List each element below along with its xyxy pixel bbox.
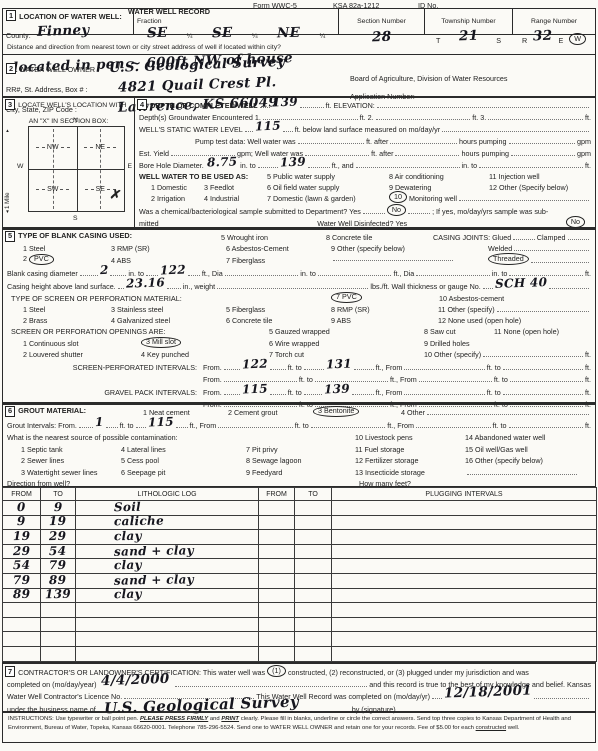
other-specify-blank bbox=[467, 473, 577, 475]
constructed-underlined: constructed bbox=[476, 725, 506, 731]
blank bbox=[356, 167, 460, 168]
log-row: 919caliche bbox=[3, 515, 597, 530]
blank bbox=[270, 368, 286, 370]
blank bbox=[432, 697, 442, 699]
gw3-label: ft. 3. bbox=[472, 113, 486, 122]
static-level-label: WELL'S STATIC WATER LEVEL bbox=[139, 125, 243, 134]
screen-option-5: 5 Fiberglass bbox=[226, 305, 331, 314]
log-row-empty bbox=[3, 646, 597, 661]
fraction-2-value: SE bbox=[212, 25, 233, 43]
from-value: 54 bbox=[13, 561, 30, 571]
blank bbox=[509, 427, 584, 428]
address-label: RR#, St. Address, Box # : bbox=[6, 85, 118, 94]
casing-option-5: 5 Wrought iron bbox=[221, 233, 326, 242]
ne-label: NE bbox=[95, 144, 105, 151]
blank bbox=[459, 200, 589, 201]
casing-option-9: 9 Other (specify below) bbox=[331, 244, 488, 253]
range-r: R bbox=[522, 36, 527, 45]
blank bbox=[488, 119, 583, 120]
record-completed-date-value: 12/18/2001 bbox=[444, 683, 533, 703]
in-to-label: in. to bbox=[240, 161, 256, 170]
in-to-label: in. to bbox=[300, 269, 316, 278]
sw-label: SW bbox=[47, 186, 58, 193]
lithologic-log-table: FROM TO LITHOLOGIC LOG FROM TO PLUGGING … bbox=[2, 487, 597, 662]
casing-joints-threaded-circled: Threaded bbox=[488, 253, 529, 265]
blank bbox=[224, 393, 240, 395]
blank bbox=[416, 427, 491, 428]
blank bbox=[136, 426, 146, 428]
instructions-text-2: clearly. Please fill in blanks, underlin… bbox=[241, 716, 571, 722]
use-option-12: 12 Other (Specify below) bbox=[489, 183, 568, 192]
ft-label: ft. bbox=[585, 161, 591, 170]
fraction-cell: Fraction SE¼ SE¼ NE¼ bbox=[134, 9, 339, 34]
use-option-2: 2 Irrigation bbox=[151, 194, 204, 203]
casing-option-7: 7 Fiberglass bbox=[226, 256, 331, 265]
quarter-glyph: ¼ bbox=[187, 33, 193, 41]
lithology-value: sand + clay bbox=[114, 575, 194, 586]
col-lithologic-log: LITHOLOGIC LOG bbox=[76, 488, 259, 501]
water-well-record-form: WATER WELL RECORD Form WWC-5 KSA 82a-121… bbox=[0, 0, 598, 751]
casing-option-3: 3 RMP (SR) bbox=[111, 244, 226, 253]
blank bbox=[298, 143, 365, 144]
contam-option-5: 5 Cess pool bbox=[121, 456, 246, 465]
blank bbox=[395, 155, 459, 156]
ft-from-label: ft., From bbox=[376, 363, 403, 372]
gauge-value: SCH 40 bbox=[495, 275, 548, 292]
mill-slot-circled: 3 Mill slot bbox=[141, 337, 181, 348]
gravel-pack-label: GRAVEL PACK INTERVALS: bbox=[7, 388, 197, 397]
use-option-4: 4 Industrial bbox=[204, 194, 267, 203]
gpm-label: gpm bbox=[577, 137, 591, 146]
blank bbox=[511, 155, 575, 156]
use-option-6: 6 Oil field water supply bbox=[267, 183, 389, 192]
sample-no-circled: No bbox=[387, 204, 406, 216]
contam-option-2: 2 Sewer lines bbox=[21, 456, 121, 465]
blank bbox=[509, 143, 576, 144]
quadrant-sw: SW bbox=[30, 170, 76, 210]
col-plugging-intervals: PLUGGING INTERVALS bbox=[332, 488, 597, 501]
screen-perforated-label: SCREEN-PERFORATED INTERVALS: bbox=[7, 363, 197, 372]
ft-from-label: ft., From bbox=[190, 421, 217, 430]
opening-option-10: 10 Other (specify) bbox=[424, 350, 481, 359]
blank bbox=[318, 275, 392, 276]
ft-to-label: ft. to bbox=[299, 375, 313, 384]
bore-depth-value: 139 bbox=[279, 155, 305, 171]
screen-option-4: 4 Galvanized steel bbox=[111, 316, 226, 325]
blank bbox=[354, 368, 374, 370]
ft-after-label: ft. after bbox=[366, 137, 388, 146]
ft-to-label: ft. to bbox=[295, 421, 309, 430]
contam-option-1: 1 Septic tank bbox=[21, 445, 121, 454]
blank bbox=[404, 394, 484, 395]
east-label: E bbox=[127, 163, 132, 170]
ft-to-label: ft. to bbox=[494, 375, 508, 384]
grout-title: GROUT MATERIAL: bbox=[18, 406, 86, 415]
ft-label: ft. bbox=[585, 113, 591, 122]
static-after-label: ft. below land surface measured on mo/da… bbox=[295, 125, 440, 134]
est-yield-label: Est. Yield bbox=[139, 149, 169, 158]
fraction-label: Fraction bbox=[137, 18, 162, 25]
screen-option-10: 10 Asbestos-cement bbox=[439, 294, 504, 303]
blank bbox=[416, 275, 490, 276]
contamination-question: What is the nearest source of possible c… bbox=[7, 433, 355, 442]
openings-title: SCREEN OR PERFORATION OPENINGS ARE: bbox=[11, 327, 269, 336]
log-row: 1929clay bbox=[3, 530, 597, 545]
screen-option-8: 8 RMP (SR) bbox=[331, 305, 438, 314]
section-well-data: 4DEPTH OF COMPLETED WELL139ft. ELEVATION… bbox=[134, 97, 596, 228]
print-underlined: PRINT bbox=[221, 716, 239, 722]
ft-from-label: ft., From bbox=[387, 421, 414, 430]
ft-label: ft. bbox=[585, 388, 591, 397]
screen-interval-to: 131 bbox=[325, 357, 351, 373]
arrow-down-icon: ▼ bbox=[5, 209, 9, 214]
log-row: 09Soil bbox=[3, 501, 597, 516]
nw-label: NW bbox=[47, 144, 59, 151]
use-option-11: 11 Injection well bbox=[489, 172, 540, 181]
instructions-text-4: well. bbox=[508, 725, 520, 731]
to-value: 19 bbox=[49, 517, 66, 527]
ft-dia-label: ft., Dia bbox=[202, 269, 223, 278]
log-row: 2954sand + clay bbox=[3, 544, 597, 559]
to-value: 9 bbox=[54, 503, 63, 513]
blank bbox=[419, 381, 492, 382]
from-label: From. bbox=[203, 375, 222, 384]
blank bbox=[427, 414, 589, 415]
blank bbox=[531, 262, 589, 263]
press-firmly-underlined: PLEASE PRESS FIRMLY bbox=[140, 716, 208, 722]
to-value: 79 bbox=[49, 561, 66, 571]
certification-text-2: constructed, (2) reconstructed, or (3) p… bbox=[288, 668, 529, 677]
owner-label: WATER WELL OWNER : bbox=[19, 65, 99, 74]
blank bbox=[408, 212, 430, 214]
contam-option-15: 15 Oil well/Gas well bbox=[465, 445, 528, 454]
section-box: NW NE SW SE ✗ bbox=[28, 126, 125, 212]
contam-option-9: 9 Feedyard bbox=[246, 468, 355, 477]
township-value: 21 bbox=[458, 28, 478, 46]
blank bbox=[175, 686, 367, 687]
section-grout: 6GROUT MATERIAL:1 Neat cement2 Cement gr… bbox=[2, 403, 596, 487]
section-casing: 5TYPE OF BLANK CASING USED:5 Wrought iro… bbox=[2, 228, 596, 403]
distance-label: Distance and direction from nearest town… bbox=[7, 44, 281, 51]
screen-option-1: 1 Steel bbox=[23, 305, 111, 314]
opening-option-9: 9 Drilled holes bbox=[424, 339, 470, 348]
grout-intervals-label: Grout Intervals: From. bbox=[7, 421, 77, 430]
gravel-interval-to: 139 bbox=[323, 382, 349, 398]
bentonite-circled: 3 Bentonite bbox=[313, 406, 359, 417]
sample-question: Was a chemical/bacteriological sample su… bbox=[139, 207, 361, 216]
south-label: S bbox=[73, 215, 78, 222]
blank bbox=[304, 393, 322, 395]
lithology-value: Soil bbox=[114, 503, 141, 513]
pump-test-label: Pump test data: Well water was bbox=[195, 137, 296, 146]
to-value: 89 bbox=[49, 576, 66, 586]
use-option-3: 3 Feedlot bbox=[204, 183, 267, 192]
blank bbox=[510, 381, 583, 382]
blank bbox=[218, 427, 293, 428]
from-value: 89 bbox=[13, 590, 30, 600]
casing-diameter-value: 2 bbox=[99, 263, 108, 278]
blank bbox=[568, 239, 589, 240]
blank bbox=[479, 167, 583, 168]
casing-joints-glued-label: CASING JOINTS: Glued bbox=[433, 233, 511, 242]
gravel-interval-from: 115 bbox=[242, 382, 268, 398]
elevation-blank bbox=[377, 107, 589, 108]
ft-to-label: ft. to bbox=[288, 363, 302, 372]
contam-option-8: 8 Sewage lagoon bbox=[246, 456, 355, 465]
section-4-badge: 4 bbox=[137, 99, 147, 110]
casing-option-1: 1 Steel bbox=[23, 244, 111, 253]
section-number-cell: Section Number 28 bbox=[339, 9, 425, 34]
township-label: Township Number bbox=[441, 18, 495, 25]
blank bbox=[513, 239, 534, 240]
contam-option-11: 11 Fuel storage bbox=[355, 445, 465, 454]
blank-casing-diameter-label: Blank casing diameter bbox=[7, 269, 78, 278]
casing-height-label: Casing height above land surface. bbox=[7, 282, 116, 291]
blank bbox=[376, 119, 471, 120]
use-option-8: 8 Air conditioning bbox=[389, 172, 489, 181]
lithology-value: caliche bbox=[114, 517, 164, 527]
contam-option-6: 6 Seepage pit bbox=[121, 468, 246, 477]
range-e: E bbox=[558, 36, 563, 45]
casing-joints-welded-label: Welded bbox=[488, 244, 512, 253]
township-cell: Township Number T21S bbox=[425, 9, 513, 34]
groundwater-label: Depth(s) Groundwater Encountered 1. bbox=[139, 113, 261, 122]
opening-option-11: 11 None (open hole) bbox=[494, 327, 559, 336]
screen-option-3: 3 Stainless steel bbox=[111, 305, 226, 314]
north-label: N bbox=[73, 117, 78, 124]
west-label: W bbox=[17, 163, 23, 170]
from-value: 29 bbox=[13, 546, 30, 556]
casing-height-value: 23.16 bbox=[125, 275, 165, 291]
blank bbox=[118, 287, 124, 289]
hours-label: hours pumping bbox=[461, 149, 509, 158]
weight-label: in., weight bbox=[183, 282, 215, 291]
to-value: 139 bbox=[45, 590, 71, 600]
blank bbox=[363, 212, 385, 214]
quarter-glyph: ¼ bbox=[252, 33, 258, 41]
use-option-5: 5 Public water supply bbox=[267, 172, 389, 181]
bore-hole-label: Bore Hole Diameter. bbox=[139, 161, 204, 170]
blank bbox=[80, 274, 98, 276]
lithology-value: clay bbox=[114, 532, 142, 542]
col-to-2: TO bbox=[295, 488, 332, 501]
col-to-1: TO bbox=[41, 488, 76, 501]
blank bbox=[308, 166, 330, 168]
log-row: 5479clay bbox=[3, 559, 597, 574]
ft-to-label: ft. to bbox=[493, 421, 507, 430]
range-w-circled: W bbox=[569, 33, 586, 45]
to-value: 54 bbox=[49, 546, 66, 556]
location-title: LOCATION OF WATER WELL: bbox=[19, 12, 122, 21]
instructions-text-3: Environment, Bureau of Water, Topeka, Ka… bbox=[8, 725, 474, 731]
screen-option-6: 6 Concrete tile bbox=[226, 316, 331, 325]
locate-title-1: LOCATE WELL'S LOCATION WITH bbox=[18, 102, 126, 110]
section-certification: 7CONTRACTOR'S OR LANDOWNER'S CERTIFICATI… bbox=[2, 662, 596, 712]
casing-option-8: 8 Concrete tile bbox=[326, 233, 433, 242]
range-cell: Range Number R32EW bbox=[513, 9, 595, 34]
screen-material-title: TYPE OF SCREEN OR PERFORATION MATERIAL: bbox=[11, 294, 331, 303]
use-option-1: 1 Domestic bbox=[151, 183, 204, 192]
casing-title: TYPE OF BLANK CASING USED: bbox=[18, 231, 132, 240]
instructions-block: INSTRUCTIONS: Use typewriter or ball poi… bbox=[2, 712, 596, 743]
casing-option-2-num: 2 bbox=[23, 254, 27, 263]
casing-joints-clamped-label: Clamped bbox=[537, 233, 566, 242]
blank bbox=[270, 393, 286, 395]
grout-to-value: 115 bbox=[147, 415, 173, 431]
section-number-value: 28 bbox=[372, 33, 392, 42]
from-value: 0 bbox=[17, 503, 26, 513]
sample-question-2: ; If yes, mo/day/yrs sample was sub- bbox=[432, 207, 548, 216]
log-row-empty bbox=[3, 632, 597, 647]
blank bbox=[304, 368, 324, 370]
disinfected-no-circled: No bbox=[566, 216, 585, 228]
se-label: SE bbox=[96, 186, 105, 193]
contam-option-14: 14 Abandoned water well bbox=[465, 433, 545, 442]
blank bbox=[167, 287, 181, 289]
blank bbox=[442, 131, 589, 132]
contam-option-13: 13 Insecticide storage bbox=[355, 468, 465, 477]
blank bbox=[549, 287, 589, 289]
quadrant-ne: NE bbox=[77, 128, 123, 168]
depth-value: 139 bbox=[271, 95, 297, 111]
depth-label: DEPTH OF COMPLETED WELL bbox=[150, 101, 257, 110]
blank bbox=[404, 369, 484, 370]
blank bbox=[514, 250, 589, 251]
from-label: From. bbox=[203, 388, 222, 397]
ft-label: ft. bbox=[585, 375, 591, 384]
col-from-2: FROM bbox=[259, 488, 295, 501]
blank bbox=[106, 426, 118, 428]
contam-option-12: 12 Fertilizer storage bbox=[355, 456, 465, 465]
ft-after-label: ft. after bbox=[371, 149, 393, 158]
blank bbox=[224, 368, 240, 370]
township-s: S bbox=[496, 36, 501, 45]
one-mile-label: 1 Mile bbox=[4, 133, 11, 209]
casing-option-2-pvc-circled: PVC bbox=[29, 254, 54, 265]
col-from-1: FROM bbox=[3, 488, 41, 501]
section-7-badge: 7 bbox=[5, 666, 15, 677]
ft-label: ft. bbox=[585, 269, 591, 278]
section-owner: 2WATER WELL OWNER :U.S. Geological Surve… bbox=[2, 54, 596, 97]
ft-to-label: ft. to bbox=[288, 388, 302, 397]
board-of-agriculture-text: Board of Agriculture, Division of Water … bbox=[350, 74, 508, 83]
blank bbox=[245, 130, 253, 132]
use-option-9: 9 Dewatering bbox=[389, 183, 489, 192]
blank bbox=[188, 274, 200, 276]
township-t: T bbox=[436, 36, 440, 45]
blank bbox=[79, 426, 93, 428]
log-row: 89139clay bbox=[3, 588, 597, 603]
from-value: 9 bbox=[17, 517, 26, 527]
ft-to-label: ft. to bbox=[487, 363, 501, 372]
lithology-value: clay bbox=[114, 590, 142, 600]
county-value: Finney bbox=[37, 22, 90, 41]
blank bbox=[497, 311, 589, 312]
blank bbox=[503, 369, 583, 370]
contam-option-4: 4 Lateral lines bbox=[121, 445, 246, 454]
section-location: 1LOCATION OF WATER WELL: County:Finney F… bbox=[2, 8, 596, 55]
from-label: From. bbox=[203, 363, 222, 372]
monitoring-well-label: Monitoring well bbox=[409, 194, 457, 203]
screen-option-11: 11 Other (specify) bbox=[438, 305, 495, 314]
lithology-value: sand + clay bbox=[114, 546, 194, 557]
blank bbox=[534, 698, 589, 699]
to-value: 29 bbox=[49, 532, 66, 542]
range-value: 32 bbox=[533, 28, 553, 46]
use-title: WELL WATER TO BE USED AS: bbox=[139, 172, 267, 181]
blank bbox=[260, 106, 270, 108]
locate-title-2: AN "X" IN SECTION BOX: bbox=[29, 118, 109, 125]
gw2-label: ft. 2. bbox=[360, 113, 374, 122]
ft-dia-label: ft., Dia bbox=[393, 269, 414, 278]
ft-from-label: ft., From bbox=[376, 388, 403, 397]
blank bbox=[283, 130, 293, 132]
fraction-3-value: NE bbox=[277, 25, 301, 43]
constructed-1-circled: (1) bbox=[267, 665, 286, 677]
lithology-value: clay bbox=[114, 561, 142, 571]
ft-and-label: ft., and bbox=[332, 161, 354, 170]
screen-pvc-circled: 7 PVC bbox=[331, 292, 362, 303]
ft-to-label: ft. to bbox=[487, 388, 501, 397]
section-1-badge: 1 bbox=[6, 10, 16, 21]
ft-label: ft. bbox=[585, 363, 591, 372]
use-option-7: 7 Domestic (lawn & garden) bbox=[267, 194, 389, 203]
bore-diameter-value: 8.75 bbox=[206, 154, 237, 170]
blank bbox=[225, 275, 299, 276]
in-to-label: in. to bbox=[462, 161, 478, 170]
blank bbox=[311, 427, 386, 428]
screen-option-12: 12 None used (open hole) bbox=[438, 316, 521, 325]
fraction-1-value: SE bbox=[146, 25, 167, 43]
casing-option-6: 6 Asbestos-Cement bbox=[226, 244, 331, 253]
log-row-empty bbox=[3, 603, 597, 618]
static-level-value: 115 bbox=[254, 119, 280, 135]
opening-option-1: 1 Continuous slot bbox=[23, 339, 141, 348]
blank bbox=[305, 155, 369, 156]
blank bbox=[503, 394, 583, 395]
elevation-label: ft. ELEVATION: bbox=[326, 101, 375, 110]
section-6-badge: 6 bbox=[5, 406, 15, 417]
hours-label: hours pumping bbox=[459, 137, 507, 146]
ft-label: ft. bbox=[585, 421, 591, 430]
contam-option-3: 3 Watertight sewer lines bbox=[21, 468, 121, 477]
range-label: Range Number bbox=[531, 18, 577, 25]
screen-option-9: 9 ABS bbox=[331, 316, 438, 325]
completed-on-label: completed on (mo/day/year) bbox=[7, 680, 97, 689]
contam-option-16: 16 Other (specify below) bbox=[465, 456, 543, 465]
grout-option-2: 2 Cement grout bbox=[228, 408, 313, 417]
grout-from-value: 1 bbox=[95, 415, 104, 430]
blank bbox=[352, 393, 374, 395]
county-cell: 1LOCATION OF WATER WELL: County:Finney bbox=[3, 9, 134, 34]
opening-option-8: 8 Saw cut bbox=[424, 327, 494, 336]
blank bbox=[258, 166, 278, 168]
opening-option-6: 6 Wire wrapped bbox=[269, 339, 424, 348]
log-row: 7989sand + clay bbox=[3, 573, 597, 588]
section-5-badge: 5 bbox=[5, 231, 15, 242]
other-specify-blank bbox=[333, 259, 453, 261]
ft-to-label: ft. to bbox=[120, 421, 134, 430]
contam-option-7: 7 Pit privy bbox=[246, 445, 355, 454]
from-value: 19 bbox=[13, 532, 30, 542]
county-label: County: bbox=[6, 31, 31, 40]
blank bbox=[483, 287, 493, 289]
wall-thickness-label: lbs./ft. Wall thickness or gauge No. bbox=[370, 282, 480, 291]
mitted-label: mitted bbox=[139, 219, 159, 228]
and-text: and bbox=[210, 716, 220, 722]
blank bbox=[176, 426, 188, 428]
blank bbox=[110, 274, 126, 276]
